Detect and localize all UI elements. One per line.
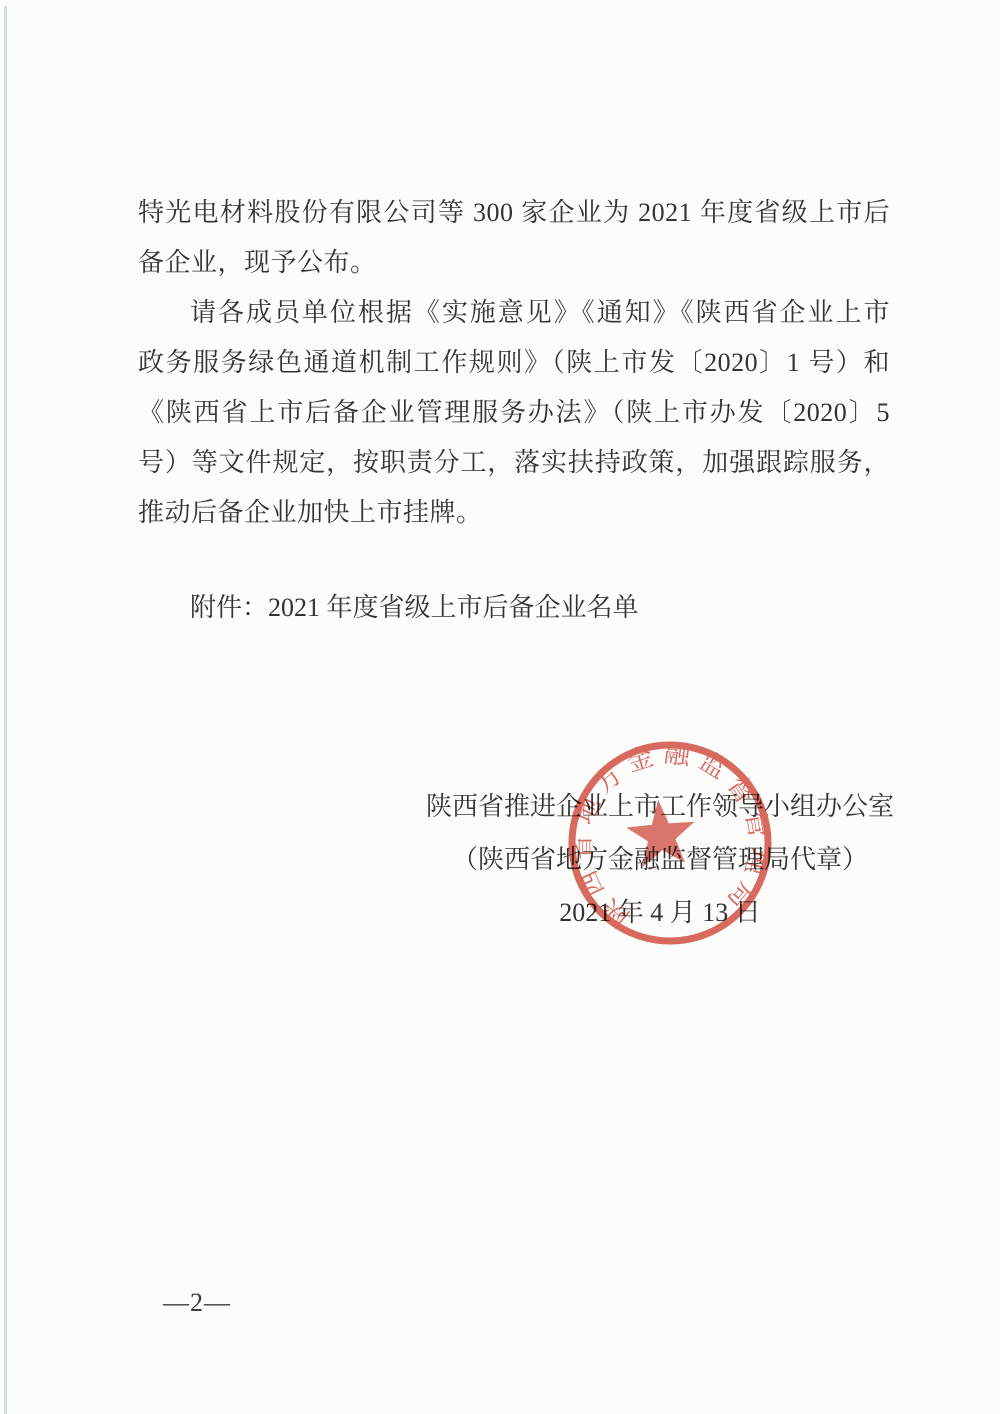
body-text-line: 政务服务绿色通道机制工作规则》（陕上市发〔2020〕1 号）和 [138,338,890,388]
page-number: —2— [163,1288,231,1318]
document-page: 特光电材料股份有限公司等 300 家企业为 2021 年度省级上市后 备企业，现… [0,0,1000,1414]
body-text-line: 特光电材料股份有限公司等 300 家企业为 2021 年度省级上市后 [138,188,890,238]
attachment-line: 附件：2021 年度省级上市后备企业名单 [138,583,890,633]
body-text-line: 推动后备企业加快上市挂牌。 [138,488,890,538]
body-text-line: 《陕西省上市后备企业管理服务办法》（陕上市办发〔2020〕5 [138,388,890,438]
body-text-line: 号）等文件规定，按职责分工，落实扶持政策，加强跟踪服务， [138,438,890,488]
official-seal: 陕西省地方金融监督管理局 [556,729,784,957]
body-text-line: 备企业，现予公布。 [138,238,890,288]
body-text-line: 请各成员单位根据《实施意见》《通知》《陕西省企业上市 [138,288,890,338]
scan-edge-line [4,6,7,1414]
document-body: 特光电材料股份有限公司等 300 家企业为 2021 年度省级上市后 备企业，现… [138,188,890,538]
seal-star-icon [624,797,698,868]
